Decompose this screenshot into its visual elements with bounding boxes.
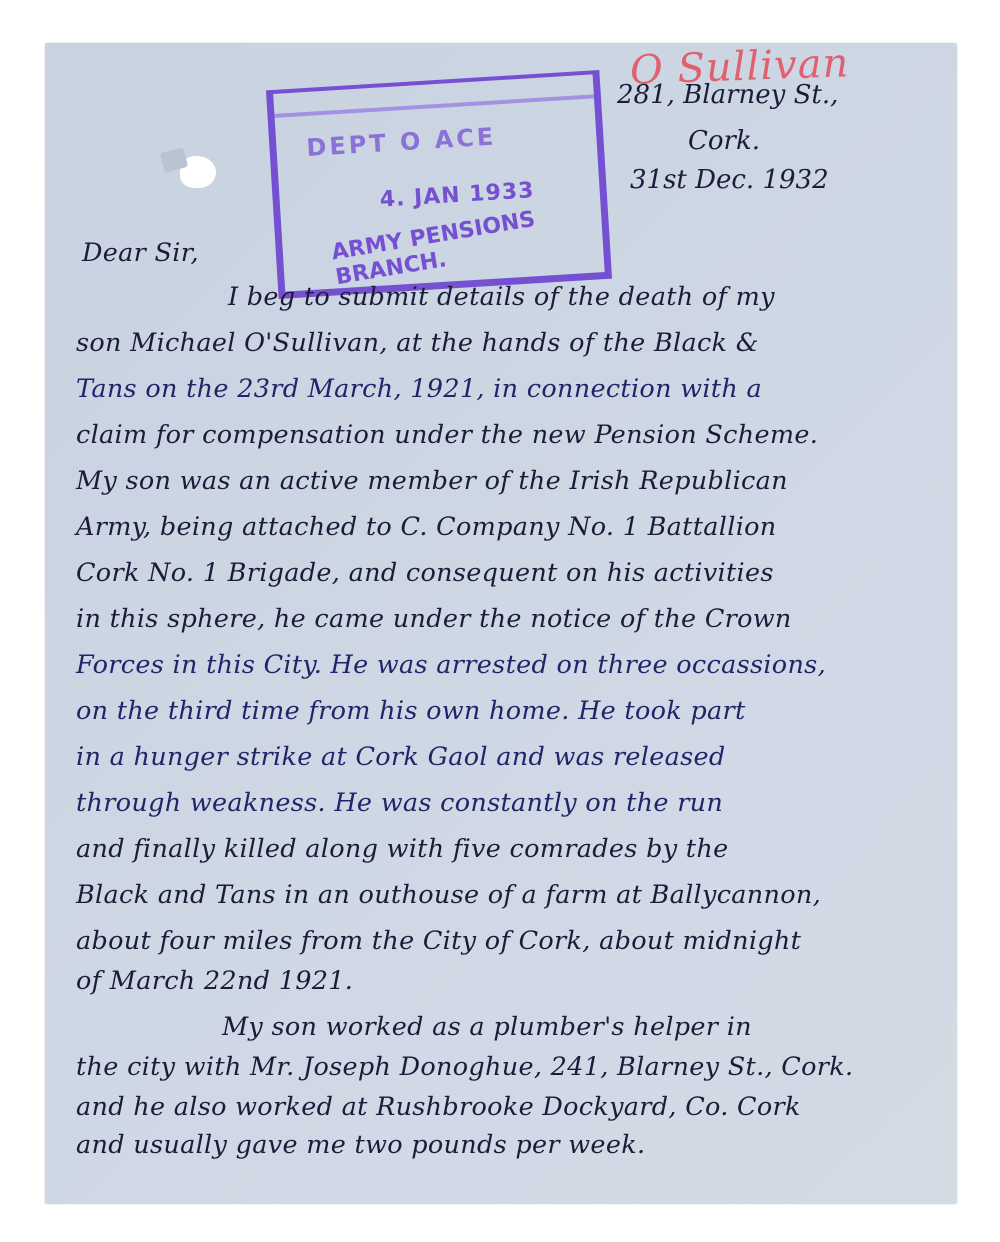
stamp-department: DEPT O ACE <box>306 122 497 162</box>
letter-date: 31st Dec. 1932 <box>630 165 829 195</box>
body-line: the city with Mr. Joseph Donoghue, 241, … <box>76 1052 853 1082</box>
body-line: Black and Tans in an outhouse of a farm … <box>76 880 821 910</box>
address-city: Cork. <box>688 126 760 156</box>
stamp-date: 4. JAN 1933 <box>379 178 535 212</box>
body-line: Tans on the 23rd March, 1921, in connect… <box>76 374 762 404</box>
received-stamp: DEPT O ACE 4. JAN 1933 ARMY PENSIONS BRA… <box>266 70 612 299</box>
body-line: My son worked as a plumber's helper in <box>222 1012 752 1042</box>
body-line: about four miles from the City of Cork, … <box>76 926 801 956</box>
body-line: Forces in this City. He was arrested on … <box>76 650 826 680</box>
body-line: claim for compensation under the new Pen… <box>76 420 818 450</box>
stamp-band <box>274 94 594 118</box>
body-line: through weakness. He was constantly on t… <box>76 788 723 818</box>
body-line: on the third time from his own home. He … <box>76 696 746 726</box>
body-line: and usually gave me two pounds per week. <box>76 1130 645 1160</box>
address-street: 281, Blarney St., <box>617 80 838 110</box>
salutation: Dear Sir, <box>82 238 199 268</box>
body-line: My son was an active member of the Irish… <box>76 466 788 496</box>
body-line: I beg to submit details of the death of … <box>228 282 775 312</box>
body-line: in this sphere, he came under the notice… <box>76 604 792 634</box>
body-line: and finally killed along with five comra… <box>76 834 728 864</box>
body-line: and he also worked at Rushbrooke Dockyar… <box>76 1092 801 1122</box>
body-line: son Michael O'Sullivan, at the hands of … <box>76 328 759 358</box>
punch-hole <box>180 156 216 188</box>
stamp-branch: ARMY PENSIONS BRANCH. <box>330 196 605 290</box>
body-line: of March 22nd 1921. <box>76 966 353 996</box>
body-line: Army, being attached to C. Company No. 1… <box>76 512 777 542</box>
body-line: in a hunger strike at Cork Gaol and was … <box>76 742 726 772</box>
body-line: Cork No. 1 Brigade, and consequent on hi… <box>76 558 774 588</box>
